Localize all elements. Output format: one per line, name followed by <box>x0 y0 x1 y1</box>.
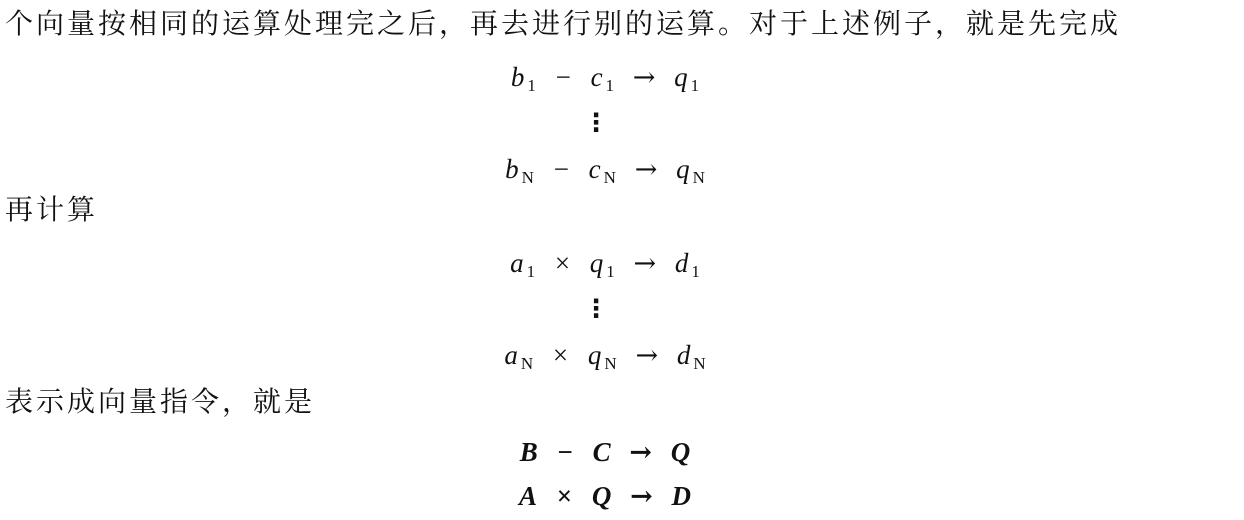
math-subscript: N <box>604 354 616 373</box>
math-variable: C <box>593 437 611 467</box>
minus-operator: − <box>557 437 572 467</box>
math-variable: b <box>511 62 525 92</box>
math-variable: q <box>674 62 688 92</box>
math-subscript: 1 <box>527 76 536 95</box>
formula-block-1: b1 − c1 → q1 ⋮ bN − cN → qN <box>0 54 1210 192</box>
math-variable: q <box>588 340 602 370</box>
math-subscript: N <box>693 168 705 187</box>
math-variable: B <box>520 437 538 467</box>
times-operator: × <box>555 248 570 278</box>
minus-operator: − <box>556 62 571 92</box>
minus-operator: − <box>554 154 569 184</box>
equation-aN-qN-dN: aN × qN → dN <box>0 332 1210 378</box>
arrow-icon: → <box>629 437 652 468</box>
math-variable: Q <box>671 437 691 467</box>
formula-block-2: a1 × q1 → d1 ⋮ aN × qN → dN <box>0 240 1210 378</box>
math-subscript: 1 <box>606 262 615 281</box>
paragraph-intro: 个向量按相同的运算处理完之后，再去进行别的运算。对于上述例子，就是先完成 <box>0 8 1244 42</box>
math-variable: c <box>589 154 601 184</box>
arrow-icon: → <box>633 62 656 93</box>
math-subscript: 1 <box>527 262 536 281</box>
equation-b1-c1-q1: b1 − c1 → q1 <box>0 54 1210 100</box>
math-variable: D <box>672 481 692 511</box>
arrow-icon: → <box>635 154 658 185</box>
math-subscript: N <box>604 168 616 187</box>
math-variable: d <box>675 248 689 278</box>
math-subscript: N <box>522 168 534 187</box>
equation-bN-cN-qN: bN − cN → qN <box>0 146 1210 192</box>
equation-A-Q-D: A × Q → D <box>0 474 1210 518</box>
arrow-icon: → <box>635 340 658 371</box>
math-variable: A <box>519 481 537 511</box>
math-variable: b <box>505 154 519 184</box>
paragraph-then-compute: 再计算 <box>0 194 1244 228</box>
times-operator: × <box>553 340 568 370</box>
math-subscript: N <box>521 354 533 373</box>
math-variable: a <box>510 248 524 278</box>
arrow-icon: → <box>630 481 653 512</box>
math-variable: d <box>677 340 691 370</box>
math-variable: q <box>676 154 690 184</box>
arrow-icon: → <box>634 248 657 279</box>
math-variable: a <box>504 340 518 370</box>
math-variable: c <box>591 62 603 92</box>
times-operator: × <box>557 481 572 511</box>
vertical-ellipsis: ⋮ <box>0 100 1201 146</box>
math-subscript: 1 <box>691 262 700 281</box>
math-subscript: 1 <box>606 76 615 95</box>
math-subscript: 1 <box>691 76 700 95</box>
paragraph-vector-instruction: 表示成向量指令，就是 <box>0 386 1244 420</box>
math-subscript: N <box>693 354 705 373</box>
equation-B-C-Q: B − C → Q <box>0 430 1210 474</box>
math-variable: Q <box>592 481 612 511</box>
formula-block-3: B − C → Q A × Q → D <box>0 430 1210 518</box>
document-page: 个向量按相同的运算处理完之后，再去进行别的运算。对于上述例子，就是先完成 b1 … <box>0 0 1244 520</box>
math-variable: q <box>590 248 604 278</box>
vertical-ellipsis: ⋮ <box>0 286 1201 332</box>
equation-a1-q1-d1: a1 × q1 → d1 <box>0 240 1210 286</box>
